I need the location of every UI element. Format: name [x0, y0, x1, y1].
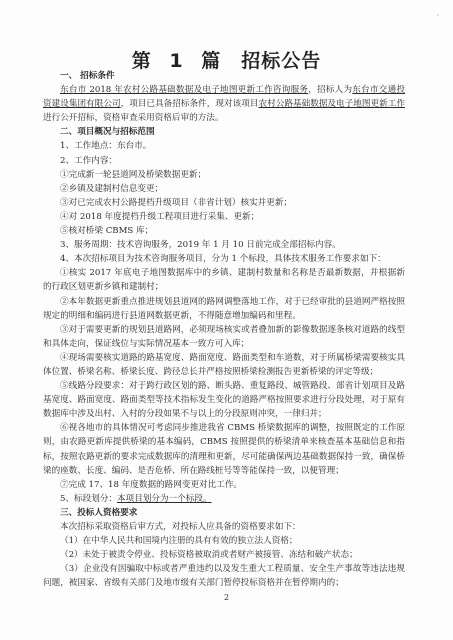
list-item: 3、服务周期：技术咨询服务，2019 年 1 月 10 日前完成全部招标内容。 [43, 238, 405, 252]
list-item: ③对已完成农村公路提档升级项目（非省计划）核实并更新； [43, 196, 405, 210]
section-3-intro: 本次招标采取资格后审方式，对投标人应具备的资格要求如下： [43, 520, 405, 534]
list-item: ②本年数据更新重点推进规划县道网的路网调整落地工作，对于已经审批的县道网严格按照… [43, 295, 405, 323]
section-1-paragraph: 东台市 2018 年农村公路基础数据及电子地图更新工作咨询服务，招标人为东台市交… [43, 83, 405, 125]
list-item: ②乡镇及建制村信息变更； [43, 182, 405, 196]
lot-division-value: 本项目划分为一个标段。 [117, 494, 212, 504]
list-item: ①完成新一轮县道网及桥梁数据更新； [43, 168, 405, 182]
list-item: ⑥视各地市的具体情况可考虑同步推进我省 CBMS 桥梁数据库的调整，按照既定的工… [43, 421, 405, 477]
list-item: ④现场需要核实道路的路基宽度、路面宽度、路面类型和车道数，对于所属桥梁需要核实具… [43, 351, 405, 379]
text-fragment: 进行公开招标，资格审查采用资格后审的方法。 [43, 113, 223, 123]
section-2-heading: 二、项目概况与招标范围 [43, 125, 405, 139]
list-item: ③对于需要更新的规划县道路网，必须现场核实或者叠加新的影像数据逐条核对道路的线型… [43, 323, 405, 351]
list-item: （3）企业没有因骗取中标或者严重违约以及发生重大工程质量、安全生产事故等违法违规… [43, 562, 405, 590]
project-name: 东台市 2018 年农村公路基础数据及电子地图更新工作咨询服务 [60, 85, 308, 95]
list-item: （1）在中华人民共和国境内注册的具有有效的独立法人资格； [43, 534, 405, 548]
document-page: 第 1 篇 招标公告 一、 招标条件 东台市 2018 年农村公路基础数据及电子… [0, 0, 453, 640]
document-body: 一、 招标条件 东台市 2018 年农村公路基础数据及电子地图更新工作咨询服务，… [43, 69, 405, 590]
page-number: 2 [0, 593, 453, 602]
list-item: ①核实 2017 年底电子地图数据库中的乡镇、建制村数量和名称是否最新数据，并根… [43, 266, 405, 294]
list-item: ⑤核对桥梁 CBMS 库； [43, 224, 405, 238]
section-3-heading: 三、投标人资格要求 [43, 506, 405, 520]
lot-division: 5、标段划分：本项目划分为一个标段。 [43, 492, 405, 506]
scan-speck [437, 14, 439, 16]
text-fragment: ，项目已具备招标条件，现对该项目 [121, 99, 259, 109]
section-1-heading: 一、 招标条件 [43, 69, 405, 83]
list-item: ④对 2018 年度提档升级工程项目进行采集、更新； [43, 210, 405, 224]
list-item: ⑤线路分段要求：对于跨行政区划的路、断头路、重复路段、城管路段、部省计划项目及路… [43, 379, 405, 421]
lot-division-label: 5、标段划分： [60, 494, 117, 504]
list-item: ⑦完成 17、18 年度数据的路网变更对比工作。 [43, 478, 405, 492]
list-item: 1、工作地点：东台市。 [43, 139, 405, 153]
list-item: 2、工作内容： [43, 154, 405, 168]
list-item: 4、本次招标项目为技术咨询服务项目，分为 1 个标段，具体技术服务工作要求如下： [43, 252, 405, 266]
project-scope: 农村公路基础数据及电子地图更新工作 [258, 99, 405, 109]
list-item: （2）未处于被责令停业、投标资格被取消或者财产被接管、冻结和破产状态； [43, 548, 405, 562]
text-fragment: ，招标人为 [308, 85, 352, 95]
